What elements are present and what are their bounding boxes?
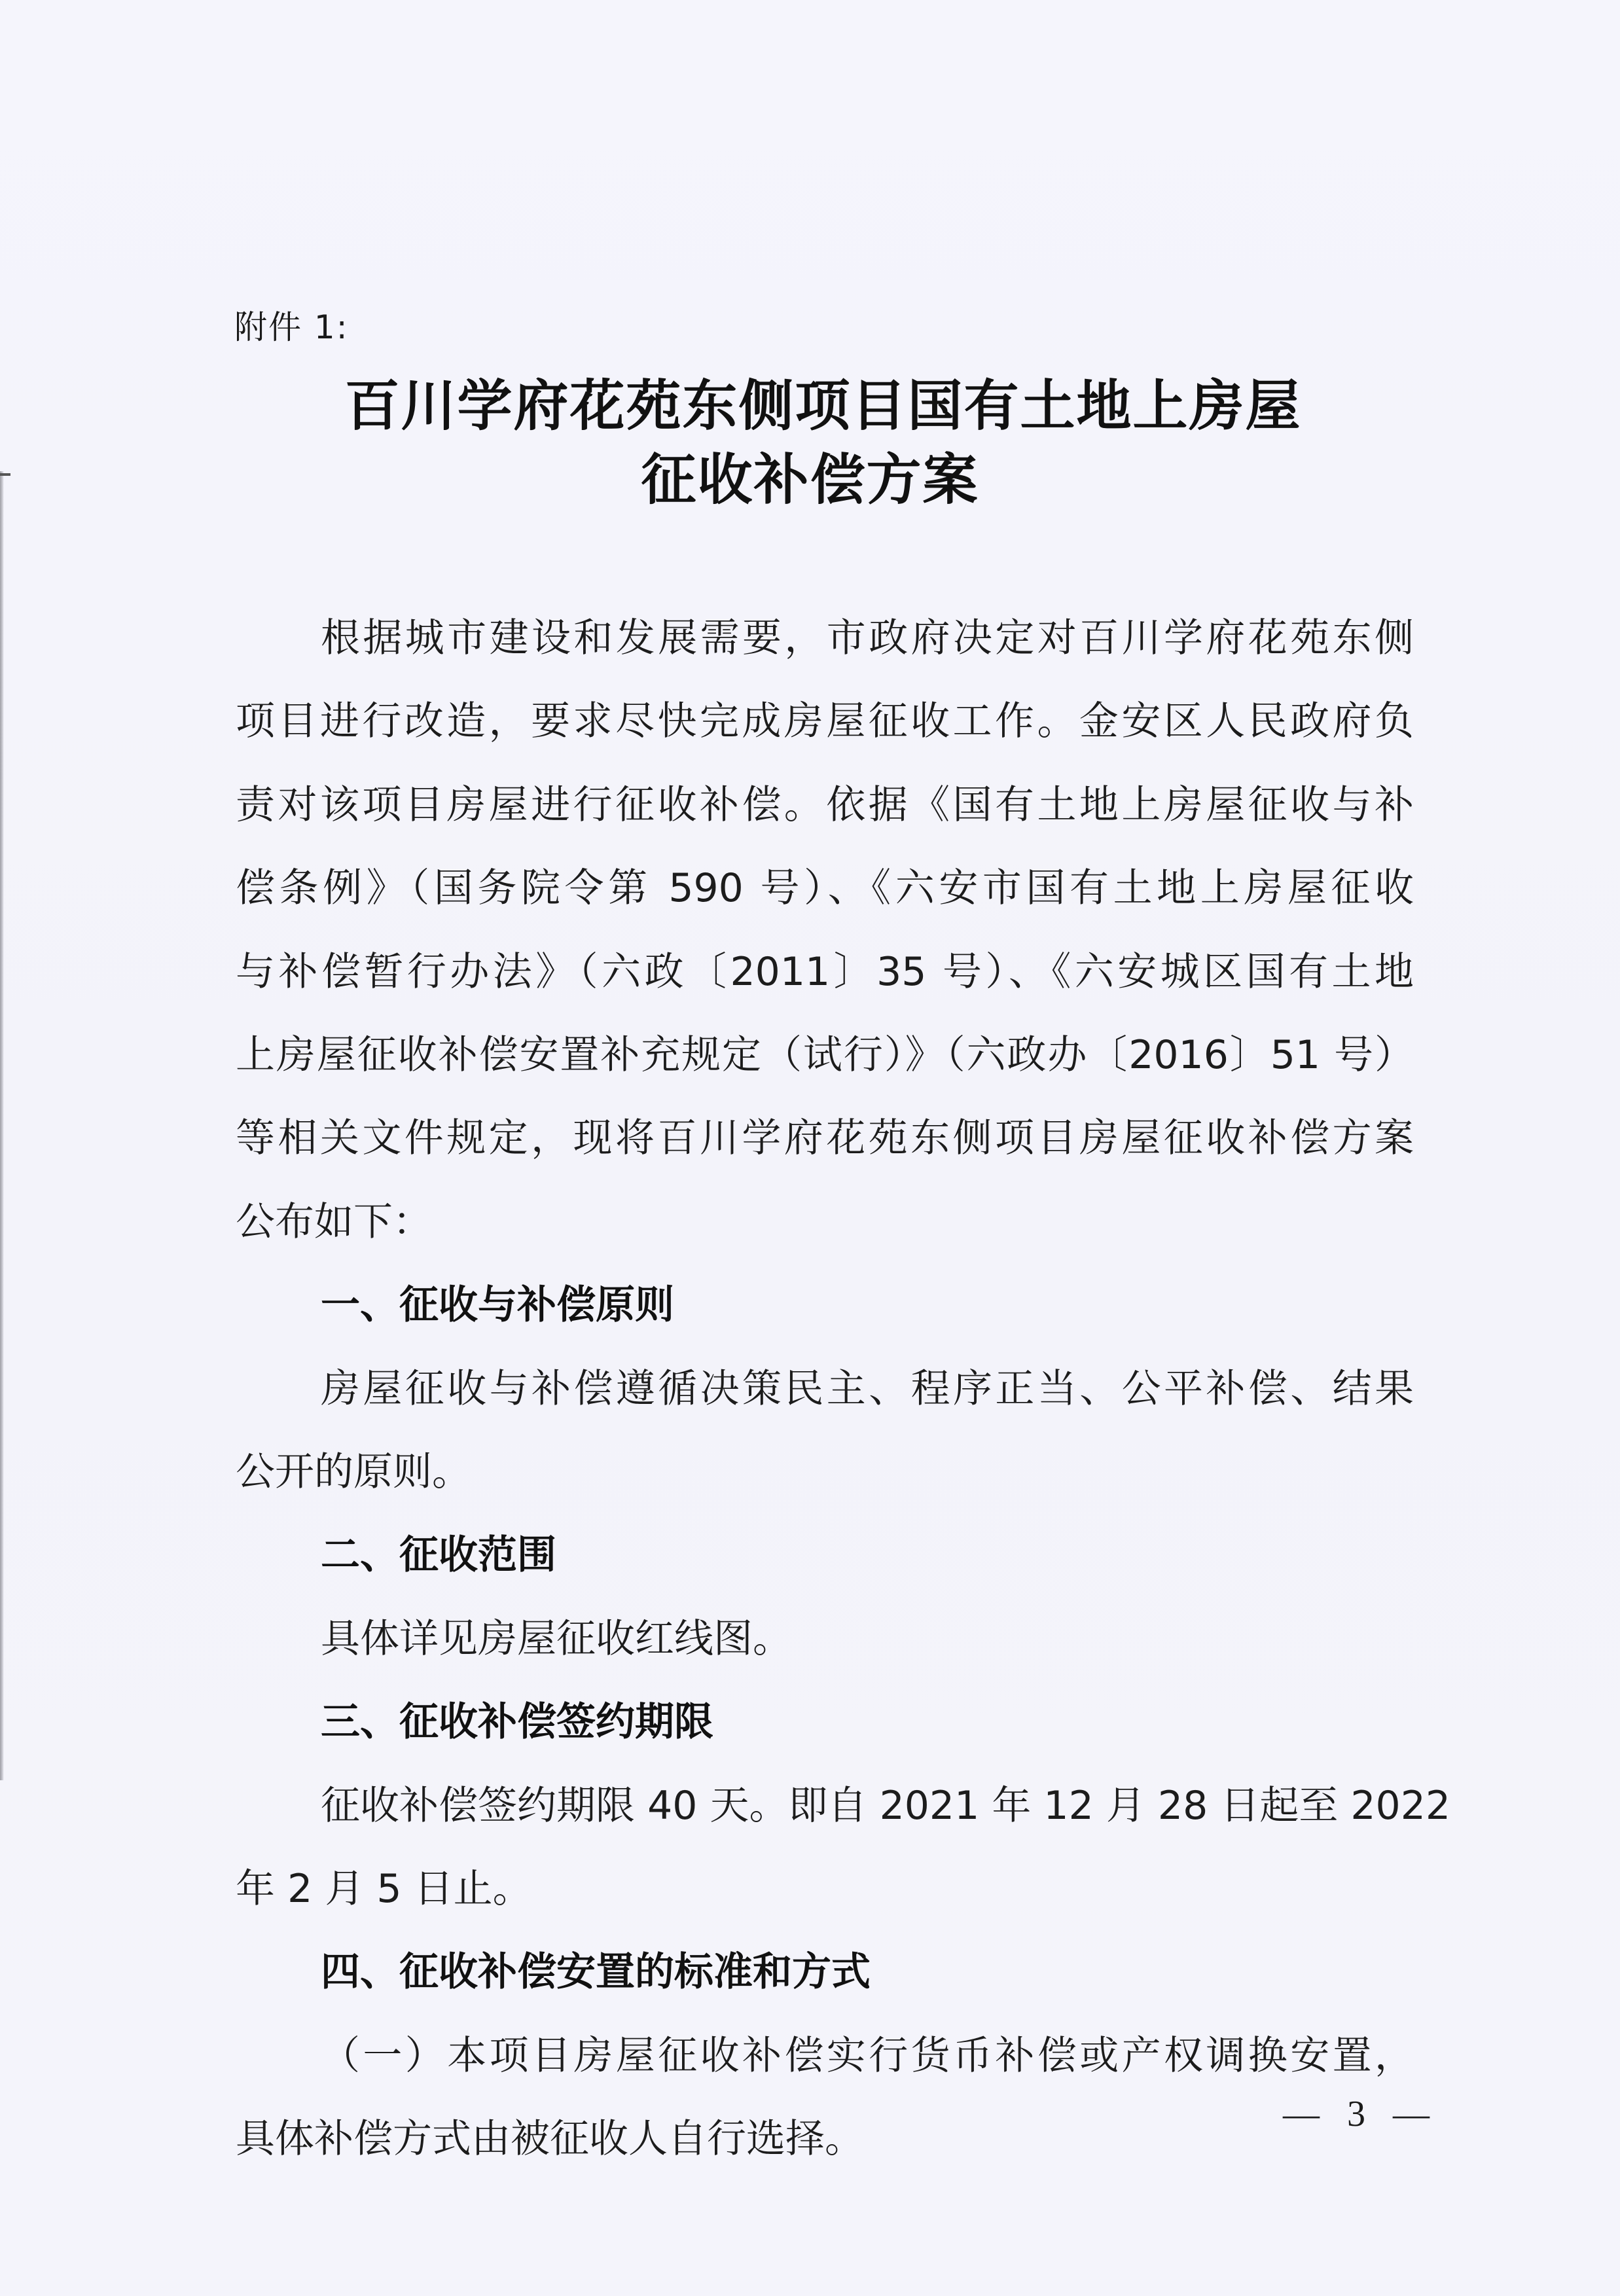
document-title-line-1: 百川学府花苑东侧项目国有土地上房屋: [0, 370, 1620, 442]
section-heading: 三、征收补偿签约期限: [321, 1696, 713, 1748]
body-text-line: 项目进行改造，要求尽快完成房屋征收工作。金安区人民政府负: [236, 695, 1414, 747]
body-text-line: 房屋征收与补偿遵循决策民主、程序正当、公平补偿、结果: [321, 1363, 1414, 1415]
body-text-line: 公开的原则。: [236, 1446, 471, 1498]
page-number: — 3 —: [1283, 2091, 1439, 2137]
section-heading: 一、征收与补偿原则: [321, 1279, 674, 1331]
body-text-line: 根据城市建设和发展需要，市政府决定对百川学府花苑东侧: [321, 612, 1414, 664]
body-text-line: 责对该项目房屋进行征收补偿。依据《国有土地上房屋征收与补: [236, 779, 1414, 831]
body-text-line: 征收补偿签约期限 40 天。即自 2021 年 12 月 28 日起至 2022: [321, 1780, 1414, 1832]
document-page: 附件 1: 百川学府花苑东侧项目国有土地上房屋 征收补偿方案 根据城市建设和发展…: [0, 0, 1620, 2296]
body-text-line: 与补偿暂行办法》（六政〔2011〕35 号）、《六安城区国有土地: [236, 946, 1414, 998]
body-text-line: 具体详见房屋征收红线图。: [321, 1613, 792, 1665]
section-heading: 四、征收补偿安置的标准和方式: [321, 1946, 871, 1998]
body-text-line: 年 2 月 5 日止。: [236, 1863, 532, 1915]
section-heading: 二、征收范围: [321, 1529, 556, 1581]
body-text-line: 公布如下：: [236, 1196, 432, 1248]
body-text-line: 偿条例》（国务院令第 590 号）、《六安市国有土地上房屋征收: [236, 862, 1414, 914]
body-text-line: （一）本项目房屋征收补偿实行货币补偿或产权调换安置，: [321, 2030, 1414, 2082]
scan-binding-edge: [0, 471, 4, 1780]
body-text-line: 上房屋征收补偿安置补充规定（试行）》（六政办〔2016〕51 号）: [236, 1029, 1414, 1081]
document-title-line-2: 征收补偿方案: [0, 444, 1620, 516]
attachment-label: 附件 1:: [234, 306, 349, 348]
body-text-line: 等相关文件规定，现将百川学府花苑东侧项目房屋征收补偿方案: [236, 1112, 1414, 1164]
body-text-line: 具体补偿方式由被征收人自行选择。: [236, 2113, 864, 2165]
